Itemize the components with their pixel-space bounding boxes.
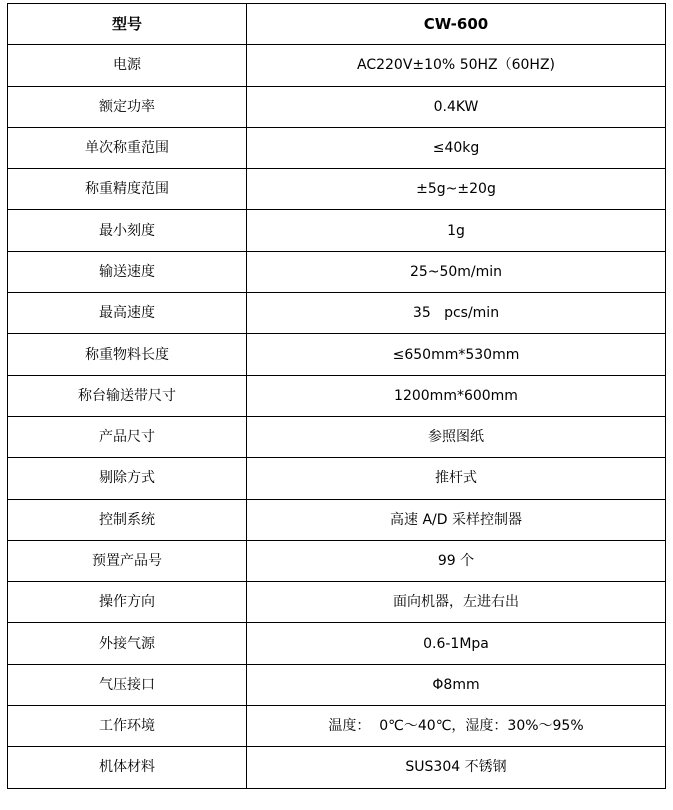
- row-value: 面向机器，左进右出: [247, 582, 666, 623]
- table-header-row: 型号 CW-600: [8, 4, 666, 45]
- row-label: 控制系统: [8, 499, 247, 540]
- row-label: 额定功率: [8, 86, 247, 127]
- table-row-conveyor-speed: 输送速度 25~50m/min: [8, 251, 666, 292]
- row-label: 称重物料长度: [8, 334, 247, 375]
- row-value: 推杆式: [247, 458, 666, 499]
- table-row-operating-direction: 操作方向 面向机器，左进右出: [8, 582, 666, 623]
- row-label: 称台输送带尺寸: [8, 375, 247, 416]
- table-row-air-connector: 气压接口 Φ8mm: [8, 664, 666, 705]
- table-row-control-system: 控制系统 高速 A/D 采样控制器: [8, 499, 666, 540]
- table-row-max-speed: 最高速度 35 pcs/min: [8, 293, 666, 334]
- row-label: 称重精度范围: [8, 169, 247, 210]
- table-row-rated-power: 额定功率 0.4KW: [8, 86, 666, 127]
- row-label: 单次称重范围: [8, 127, 247, 168]
- row-value: ≤40kg: [247, 127, 666, 168]
- table-row-belt-size: 称台输送带尺寸 1200mm*600mm: [8, 375, 666, 416]
- table-row-material-length: 称重物料长度 ≤650mm*530mm: [8, 334, 666, 375]
- row-label: 机体材料: [8, 747, 247, 788]
- table-row-product-size: 产品尺寸 参照图纸: [8, 416, 666, 457]
- row-label: 电源: [8, 45, 247, 86]
- row-label: 输送速度: [8, 251, 247, 292]
- header-label-cell: 型号: [8, 4, 247, 45]
- table-row-min-scale: 最小刻度 1g: [8, 210, 666, 251]
- table-row-weighing-range: 单次称重范围 ≤40kg: [8, 127, 666, 168]
- row-label: 气压接口: [8, 664, 247, 705]
- row-label: 最小刻度: [8, 210, 247, 251]
- row-value: 高速 A/D 采样控制器: [247, 499, 666, 540]
- header-model-cell: CW-600: [247, 4, 666, 45]
- row-value: 35 pcs/min: [247, 293, 666, 334]
- row-value: 99 个: [247, 540, 666, 581]
- row-label: 外接气源: [8, 623, 247, 664]
- row-label: 剔除方式: [8, 458, 247, 499]
- row-value: 0.6-1Mpa: [247, 623, 666, 664]
- row-value: SUS304 不锈钢: [247, 747, 666, 788]
- row-value: AC220V±10% 50HZ（60HZ): [247, 45, 666, 86]
- table-row-accuracy-range: 称重精度范围 ±5g~±20g: [8, 169, 666, 210]
- row-label: 工作环境: [8, 706, 247, 747]
- table-row-preset-products: 预置产品号 99 个: [8, 540, 666, 581]
- row-value: Φ8mm: [247, 664, 666, 705]
- table-row-environment: 工作环境 温度： 0℃～40℃，湿度：30%～95%: [8, 706, 666, 747]
- row-label: 产品尺寸: [8, 416, 247, 457]
- row-value: 25~50m/min: [247, 251, 666, 292]
- row-value: 参照图纸: [247, 416, 666, 457]
- row-value: 1200mm*600mm: [247, 375, 666, 416]
- row-label: 预置产品号: [8, 540, 247, 581]
- row-value: ±5g~±20g: [247, 169, 666, 210]
- spec-table: 型号 CW-600 电源 AC220V±10% 50HZ（60HZ) 额定功率 …: [7, 3, 666, 789]
- table-row-reject-method: 剔除方式 推杆式: [8, 458, 666, 499]
- table-row-power-supply: 电源 AC220V±10% 50HZ（60HZ): [8, 45, 666, 86]
- row-value: ≤650mm*530mm: [247, 334, 666, 375]
- row-value: 1g: [247, 210, 666, 251]
- table-row-air-source: 外接气源 0.6-1Mpa: [8, 623, 666, 664]
- table-row-body-material: 机体材料 SUS304 不锈钢: [8, 747, 666, 788]
- row-value: 0.4KW: [247, 86, 666, 127]
- row-label: 操作方向: [8, 582, 247, 623]
- row-value: 温度： 0℃～40℃，湿度：30%～95%: [247, 706, 666, 747]
- row-label: 最高速度: [8, 293, 247, 334]
